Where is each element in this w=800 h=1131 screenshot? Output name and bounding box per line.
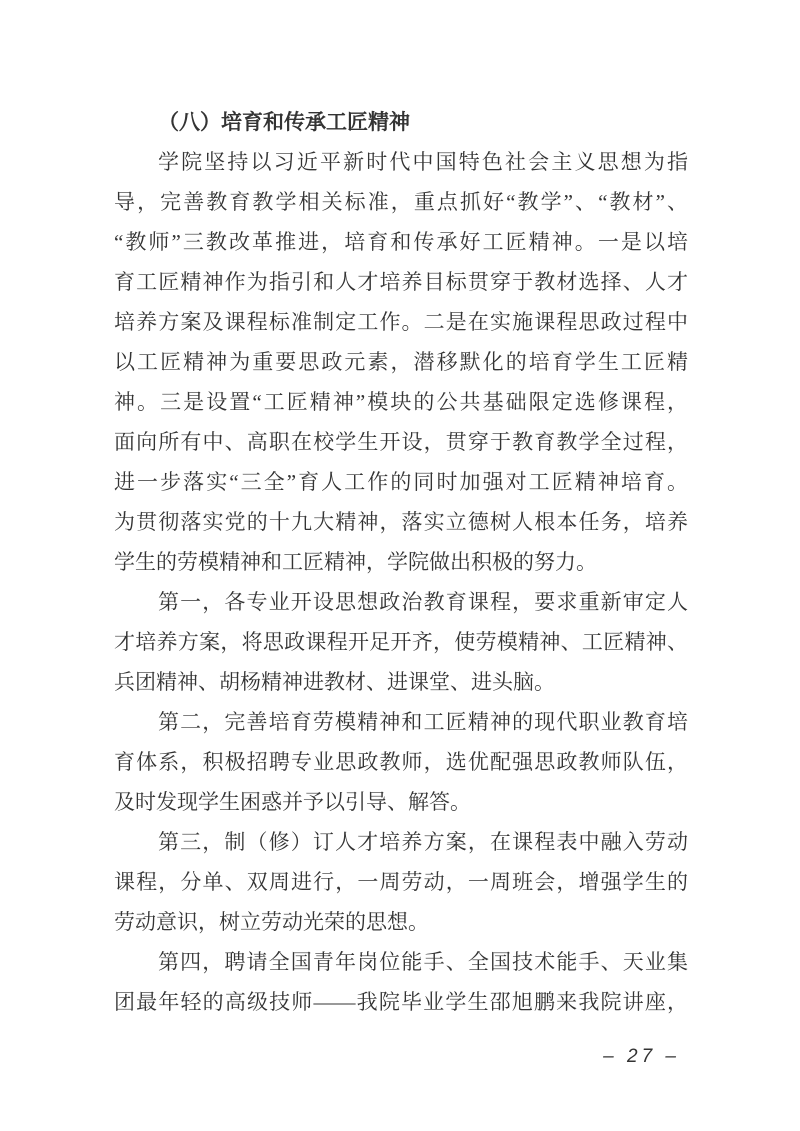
text-line: 兵团精神、胡杨精神进教材、进课堂、进头脑。 [114, 662, 688, 702]
text-line: “教师”三教改革推进，培育和传承好工匠精神。一是以培 [114, 222, 688, 262]
text-line: 课程，分单、双周进行，一周劳动，一周班会，增强学生的 [114, 862, 688, 902]
text-line: 才培养方案，将思政课程开足开齐，使劳模精神、工匠精神、 [114, 622, 688, 662]
text-line: （八）培育和传承工匠精神 [114, 102, 688, 142]
text-line: 第四，聘请全国青年岗位能手、全国技术能手、天业集 [114, 942, 688, 982]
document-page: （八）培育和传承工匠精神学院坚持以习近平新时代中国特色社会主义思想为指导，完善教… [0, 0, 800, 1131]
document-body: （八）培育和传承工匠精神学院坚持以习近平新时代中国特色社会主义思想为指导，完善教… [114, 102, 688, 1022]
text-line: 面向所有中、高职在校学生开设，贯穿于教育教学全过程， [114, 422, 688, 462]
text-line: 培养方案及课程标准制定工作。二是在实施课程思政过程中 [114, 302, 688, 342]
text-line: 以工匠精神为重要思政元素，潜移默化的培育学生工匠精 [114, 342, 688, 382]
text-line: 神。三是设置“工匠精神”模块的公共基础限定选修课程， [114, 382, 688, 422]
text-line: 进一步落实“三全”育人工作的同时加强对工匠精神培育。 [114, 462, 688, 502]
text-line: 为贯彻落实党的十九大精神，落实立德树人根本任务，培养 [114, 502, 688, 542]
text-line: 第三，制（修）订人才培养方案，在课程表中融入劳动 [114, 822, 688, 862]
page-number: – 27 – [603, 1046, 680, 1068]
text-line: 育体系，积极招聘专业思政教师，选优配强思政教师队伍， [114, 742, 688, 782]
text-line: 第一，各专业开设思想政治教育课程，要求重新审定人 [114, 582, 688, 622]
text-line: 导，完善教育教学相关标准，重点抓好“教学”、“教材”、 [114, 182, 688, 222]
text-line: 及时发现学生困惑并予以引导、解答。 [114, 782, 688, 822]
text-line: 学院坚持以习近平新时代中国特色社会主义思想为指 [114, 142, 688, 182]
text-line: 第二，完善培育劳模精神和工匠精神的现代职业教育培 [114, 702, 688, 742]
text-line: 育工匠精神作为指引和人才培养目标贯穿于教材选择、人才 [114, 262, 688, 302]
text-line: 学生的劳模精神和工匠精神，学院做出积极的努力。 [114, 542, 688, 582]
text-line: 劳动意识，树立劳动光荣的思想。 [114, 902, 688, 942]
text-line: 团最年轻的高级技师——我院毕业学生邵旭鹏来我院讲座， [114, 982, 688, 1022]
